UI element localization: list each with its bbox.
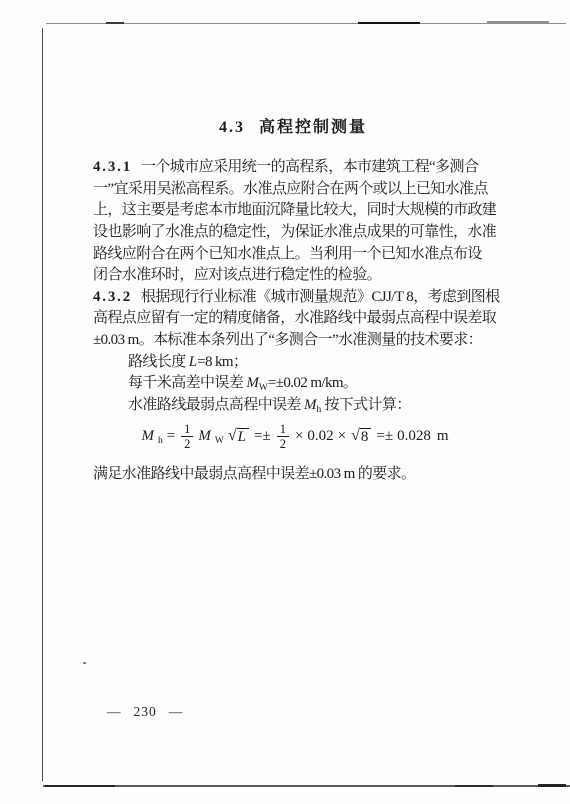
fraction-denominator: 2 [280,437,286,451]
page-frame-left-line [42,28,43,781]
clause-text: 高程点应留有一定的精度储备，水准路线中最弱点高程中误差取 [93,310,496,326]
clause-number: 4.3.1 [93,159,132,175]
radical-L: √L [228,428,249,446]
page-number-dash: — [107,704,122,720]
fraction-denominator: 2 [184,437,190,451]
math-subscript-h: h [158,431,163,453]
conclusion-line: 满足水准路线中最弱点高程中误差±0.03 m 的要求。 [93,464,497,486]
value-0028: 0.028 [397,426,431,448]
clause-432-line: 4.3.2根据现行行业标准《城市测量规范》CJJ/T 8，考虑到图根 [93,287,497,309]
page-frame-bottom-line-segment [538,784,566,787]
equals-plus-minus-sign: =± [376,426,393,448]
clause-431-line: 上，这主要是考虑本市地面沉降量比较大，同时大规模的市政建 [93,200,497,222]
clause-431-line: 4.3.1一个城市应采用统一的高程系，本市建筑工程“多测合 [93,157,497,179]
clause-text: 一”宜采用吴淞高程系。水准点应附合在两个或以上已知水准点 [93,181,488,197]
times-sign: × [295,426,303,448]
fraction-one-half: 12 [277,422,289,452]
clause-431-line: 一”宜采用吴淞高程系。水准点应附合在两个或以上已知水准点 [93,179,497,201]
route-length-line: 路线长度 L=8 km； [93,352,497,374]
radicand-8: 8 [360,428,372,446]
scanned-book-page: 4.3高程控制测量 4.3.1一个城市应采用统一的高程系，本市建筑工程“多测合 … [0,0,570,804]
page-number: — 230 — [107,704,183,720]
math-var-M: M [246,375,259,391]
page-frame-top-line-segment [106,22,124,24]
clause-431-line: 设也影响了水准点的稳定性，为保证水准点成果的可靠性，水准 [93,222,497,244]
math-subscript-W: W [259,383,268,393]
clause-number: 4.3.2 [93,289,132,305]
clause-431-line: 路线应附合在两个已知水准点上。当利用一个已知水准点布设 [93,244,497,266]
clause-text: 路线应附合在两个已知水准点上。当利用一个已知水准点布设 [93,246,482,262]
clause-432-line: ±0.03 m。本标准本条列出了“多测合一”水准测量的技术要求： [93,330,497,352]
fraction-numerator: 1 [277,422,289,437]
clause-text: 闭合水准环时，应对该点进行稳定性的检验。 [93,267,381,283]
equals-sign: = [167,426,175,448]
item-text: 路线长度 [128,354,189,370]
section-title-text: 高程控制测量 [259,119,367,136]
math-subscript-W: W [215,431,224,453]
radical-sign: √ [228,428,237,443]
math-var-M: M [304,397,317,413]
body-text: 4.3.1一个城市应采用统一的高程系，本市建筑工程“多测合 一”宜采用吴淞高程系… [93,157,497,486]
item-text: 按下式计算： [321,397,411,413]
formula-mh: Mh = 12 MW √L =± 12 × 0.02 × √8 =± 0.028… [93,419,497,455]
per-km-error-line: 每千米高差中误差 MW=±0.02 m/km。 [93,373,497,395]
math-var-L: L [189,354,197,370]
item-text: 每千米高差中误差 [128,375,246,391]
page-frame-bottom-line-segment [45,785,115,787]
clause-text: 满足水准路线中最弱点高程中误差±0.03 m 的要求。 [93,466,415,482]
item-text: =±0.02 m/km。 [268,375,358,391]
clause-text: 上，这主要是考虑本市地面沉降量比较大，同时大规模的市政建 [93,202,496,218]
section-number: 4.3 [219,119,245,136]
page-frame-bottom-line-segment [455,785,493,787]
math-var-M: M [141,426,154,448]
radical-8: √8 [351,428,371,446]
clause-text: ±0.03 m。本标准本条列出了“多测合一”水准测量的技术要求： [93,332,482,348]
radicand-L: L [237,428,249,446]
page-frame-top-line-segment [487,21,549,24]
page-number-dash: — [169,704,184,720]
radical-sign: √ [351,428,360,443]
section-title: 4.3高程控制测量 [93,114,493,137]
weakest-point-line: 水准路线最弱点高程中误差 Mh 按下式计算： [93,395,497,417]
fraction-numerator: 1 [181,422,193,437]
clause-431-line: 闭合水准环时，应对该点进行稳定性的检验。 [93,265,497,287]
unit-meters: m [437,426,449,448]
clause-text: 设也影响了水准点的稳定性，为保证水准点成果的可靠性，水准 [93,224,496,240]
scan-speck [83,662,86,664]
clause-text: 根据现行行业标准《城市测量规范》CJJ/T 8，考虑到图根 [141,289,500,305]
fraction-one-half: 12 [181,422,193,452]
item-text: 水准路线最弱点高程中误差 [128,397,304,413]
value-002: 0.02 [307,426,333,448]
equals-plus-minus-sign: =± [254,426,271,448]
page-number-value: 230 [134,704,157,720]
page-frame-top-line-segment [358,22,420,24]
item-text: =8 km； [197,354,247,370]
math-var-M: M [198,426,211,448]
clause-432-line: 高程点应留有一定的精度储备，水准路线中最弱点高程中误差取 [93,308,497,330]
clause-text: 一个城市应采用统一的高程系，本市建筑工程“多测合 [141,159,478,175]
times-sign: × [338,426,346,448]
